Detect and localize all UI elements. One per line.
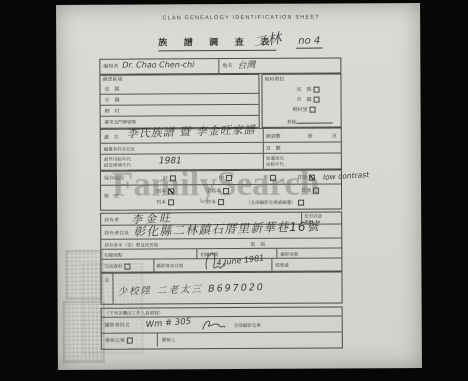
- checkbox-icon: [310, 107, 316, 113]
- place-label: 地名: [222, 63, 232, 69]
- condition-option-fair: 中: [219, 175, 232, 181]
- condition-option-other: 其他: [297, 175, 315, 181]
- format-copy-label: 抄本: [206, 199, 216, 205]
- condition-fair-label: 中: [219, 175, 224, 181]
- unit-other-label: 其他: [287, 120, 297, 126]
- checkbox-icon: [313, 188, 319, 194]
- first-ancestor-label: 始遷祖名: [266, 156, 284, 161]
- checkbox-icon: [270, 175, 276, 181]
- owner-label: 持有者: [104, 218, 119, 224]
- region-row-province: 省 縣: [104, 87, 119, 93]
- unit-option-village-label: 鄉村里: [293, 107, 308, 113]
- compiler-label: 編纂者姓名住址: [104, 147, 136, 152]
- signature-icon: [200, 317, 226, 333]
- record-unit-box: 資料單位 省 縣 市 鎮 鄉村里 其他: [261, 73, 341, 127]
- format-note-label: （全部攝影完畢請圈選）: [246, 200, 296, 205]
- checkbox-icon: [313, 87, 319, 93]
- checkbox-checked-icon: [309, 175, 315, 181]
- pages-cell: 頁 數: [263, 142, 341, 152]
- region-row-township: 鄉 村: [105, 109, 120, 115]
- region-row-city: 市 鎮: [105, 98, 120, 104]
- phone-label: 電 話: [250, 242, 265, 248]
- unit-option-other: 其他: [287, 118, 333, 126]
- condition-good-label: 好: [163, 176, 168, 182]
- format-option-other: 其他: [301, 188, 319, 194]
- genealogy-title-handwriting: 李氏族譜 暨 李金旺家譜: [126, 121, 255, 141]
- format-other-label: 其他: [301, 188, 311, 194]
- office-label: 經理處: [275, 263, 289, 268]
- earliest-publication-label: 最早出版年代: [104, 157, 131, 162]
- volume-unit1: 冊: [308, 134, 313, 140]
- format-label: 格 式: [104, 194, 119, 200]
- condition-format-box: 保存狀況 好 中 差 其他 low contrast 格 式 刻本 手寫本 其他…: [100, 169, 342, 210]
- condition-other-handwriting: low contrast: [323, 170, 370, 182]
- checkbox-icon: [168, 199, 174, 205]
- checkbox-icon: [298, 200, 304, 206]
- archive-seal-stamp-large: [81, 263, 143, 355]
- phone-cell: 電 話: [246, 238, 341, 247]
- pages-label: 頁 數: [266, 146, 281, 152]
- scanned-form-paper: CLAN GENEALOGY IDENTIFICATION SHEET 族 譜 …: [56, 3, 422, 370]
- checkbox-checked-icon: [168, 188, 174, 194]
- surveyor-label: 編寫者: [103, 64, 118, 70]
- photo-sign-label: 攝影寫真日期: [156, 263, 183, 268]
- unit-option-village: 鄉村里: [293, 107, 316, 113]
- volume-count-label: 調查數: [266, 134, 281, 140]
- owner-address-label: 持有者住址: [104, 231, 129, 237]
- condition-other-label: 其他: [297, 175, 307, 181]
- format-print-label: 刊本: [156, 200, 166, 206]
- volume-count-cell: 調查數 冊 頁: [263, 128, 341, 141]
- blank-line: [297, 118, 333, 124]
- region-row-address: 鄰里及門牌號碼: [105, 120, 137, 125]
- handwritten-sheet-number: no 4: [296, 36, 322, 49]
- format-option-carved: 刻本: [156, 188, 174, 194]
- format-hand-label: 手寫本: [206, 188, 221, 194]
- photo-roll-label: 攝影卷號: [280, 252, 298, 257]
- condition-option-poor: 差: [263, 175, 276, 181]
- owner-origin-label: 持有者本（堂）號及原居地: [104, 242, 158, 247]
- surveyor-handwriting: Dr. Chao Chen-chi: [122, 60, 194, 69]
- office-cell: 經理處: [271, 258, 341, 270]
- condition-label: 保存狀況: [104, 176, 124, 182]
- checkbox-icon: [223, 188, 229, 194]
- year-handwriting: 1981: [159, 156, 182, 166]
- checkbox-icon: [170, 175, 176, 181]
- genealogy-info-box: 譜 名 李氏族譜 暨 李金旺家譜 調查數 冊 頁 編纂者姓名住址 頁 數 最早出…: [100, 127, 342, 170]
- checkbox-icon: [314, 97, 320, 103]
- checkbox-icon: [226, 175, 232, 181]
- survey-region-box: 調查區域 省 縣 市 鎮 鄉 村 鄰里及門牌號碼: [99, 74, 259, 129]
- reviewer-cell: 覆核人: [157, 332, 342, 346]
- reviewer-label: 覆核人: [162, 337, 176, 342]
- photog-complete-note: 全部攝影完畢: [234, 323, 261, 328]
- format-carved-label: 刻本: [156, 189, 166, 195]
- first-ancestor-cell: 始遷祖名 始修年代: [263, 153, 341, 168]
- format-option-handwritten: 手寫本: [206, 188, 229, 194]
- photo-sign-cell: 攝影寫真日期 4 June 1981: [153, 259, 271, 272]
- format-option-copied: 抄本: [206, 199, 224, 205]
- photo-place-label: 拍攝地點: [104, 253, 122, 258]
- checkbox-icon: [218, 199, 224, 205]
- handwritten-region-title: 二林: [252, 28, 283, 52]
- unit-option-city: 市 鎮: [297, 97, 320, 103]
- unit-header: 資料單位: [264, 77, 284, 83]
- place-handwriting: 台灣: [237, 57, 256, 71]
- photo-roll-cell: 攝影卷號: [276, 248, 341, 257]
- unit-option-city-label: 市 鎮: [297, 97, 312, 103]
- place-cell: 地名 台灣: [218, 58, 340, 73]
- volume-unit2: 頁: [332, 133, 337, 139]
- film-frame: CLAN GENEALOGY IDENTIFICATION SHEET 族 譜 …: [0, 0, 468, 381]
- first-edition-label: 始修年代: [266, 162, 284, 167]
- format-note: （全部攝影完畢請圈選）: [246, 200, 304, 206]
- region-header: 調查區域: [102, 77, 122, 83]
- genealogy-title-label: 譜 名: [104, 135, 119, 141]
- condition-option-good: 好: [163, 175, 176, 181]
- condition-poor-label: 差: [263, 175, 268, 181]
- surveyor-cell: 編寫者 Dr. Chao Chen-chi: [100, 59, 218, 74]
- unit-option-province: 省 縣: [296, 87, 319, 93]
- unit-option-province-label: 省 縣: [296, 87, 311, 93]
- photographer-handwriting: Wm # 305: [145, 317, 191, 330]
- format-option-printed: 刊本: [156, 199, 174, 205]
- surveyor-row-box: 編寫者 Dr. Chao Chen-chi 地名 台灣: [99, 57, 341, 74]
- latest-supplement-label: 最近增補年代: [104, 163, 131, 168]
- film-strip-header: CLAN GENEALOGY IDENTIFICATION SHEET: [151, 15, 331, 22]
